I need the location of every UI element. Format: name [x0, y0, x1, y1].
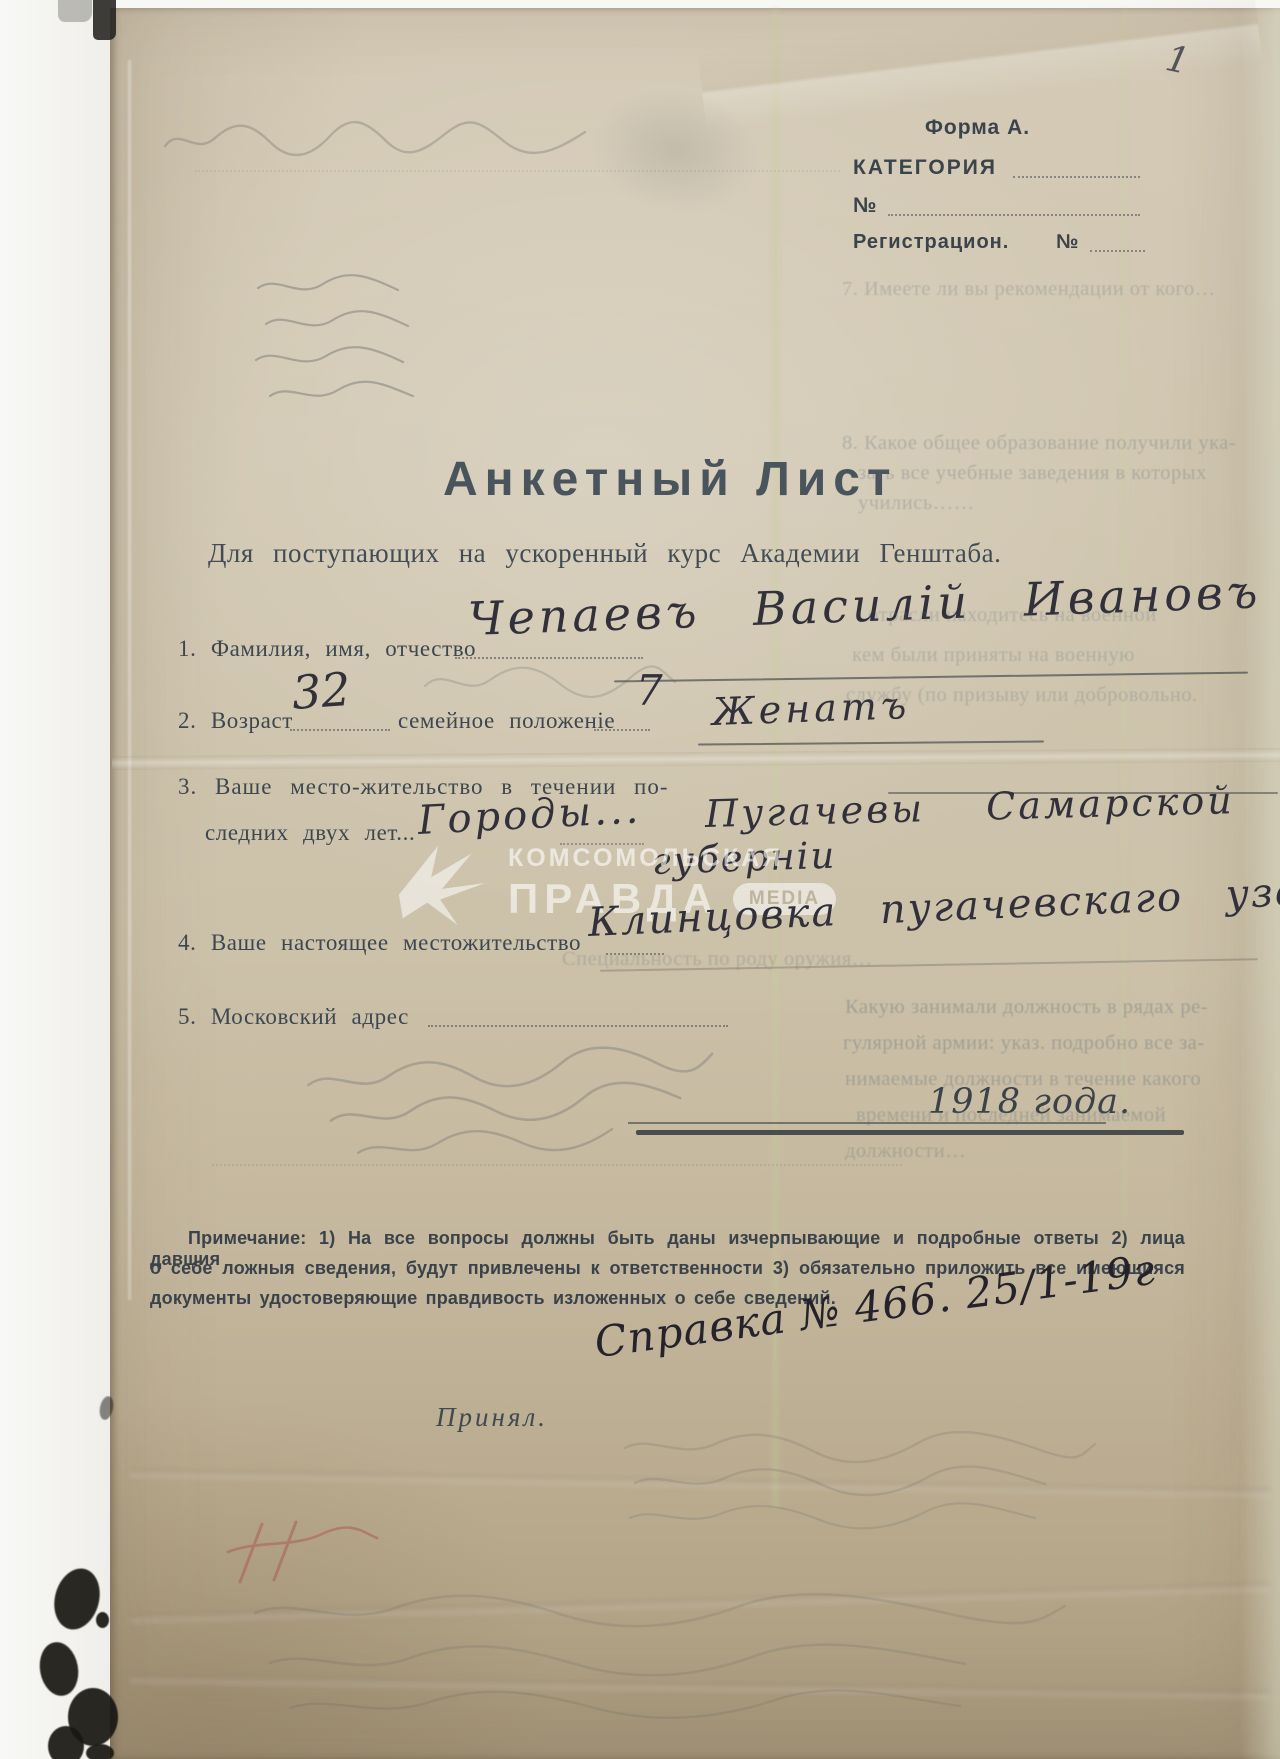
ink-blob — [86, 1744, 114, 1759]
field-5-text: Московский адрес — [211, 1004, 409, 1029]
pencil-scribble — [420, 656, 680, 706]
bleed-text: отрасли находитесь на военной — [868, 604, 1157, 627]
registration-label: Регистрацион. — [853, 231, 1009, 254]
bleed-scribble — [620, 1428, 1100, 1548]
scanned-document-photo: 1 Форма А. КАТЕГОРИЯ № Регистрацион. № А… — [0, 0, 1280, 1759]
bleed-text: нимаемые должности в течение какого — [845, 1068, 1201, 1091]
field-4-label: 4. Ваше настоящее местожительство — [178, 930, 581, 956]
bleed-text: службу (по призыву или добровольно. — [846, 684, 1198, 707]
field-2-number: 2. — [178, 708, 196, 733]
bleed-text: зать все учебные заведения в которых — [858, 462, 1207, 485]
field-5-dotted-line — [428, 1025, 728, 1027]
document-title: Анкетный Лист — [443, 452, 897, 507]
bleed-text: гулярной армии: указ. подробно все за- — [843, 1032, 1205, 1055]
pencil-scribble — [160, 108, 590, 168]
bleed-text: Специальность по роду оружия… — [562, 948, 873, 971]
accepted-label: Принял. — [436, 1402, 548, 1433]
field-3-label-line2: следних двух лет... — [205, 820, 415, 846]
bleed-text: 8. Какое общее образование получили ука- — [842, 432, 1236, 455]
bleed-text: Какую занимали должность в рядах ре- — [845, 996, 1208, 1019]
field-2-family-label: семейное положеніе — [398, 708, 615, 734]
scan-corner-mark — [93, 0, 116, 40]
handwritten-age: 32 — [290, 662, 352, 720]
field-2-age-dotted-line — [290, 729, 390, 731]
number-label: № — [853, 194, 876, 218]
field-1-number: 1. — [178, 636, 196, 661]
field-3-number: 3. — [178, 774, 197, 799]
field-5-number: 5. — [178, 1004, 196, 1029]
field-4-number: 4. — [178, 930, 196, 955]
field-2-family-dotted-line — [594, 729, 650, 731]
form-a-label: Форма А. — [925, 116, 1030, 140]
scan-margin — [0, 0, 112, 1759]
kp-bird-icon — [392, 834, 492, 932]
document-subtitle: Для поступающих на ускоренный курс Акаде… — [208, 538, 1001, 569]
field-2-age-text: Возраст — [211, 708, 293, 733]
bleed-text: должности… — [845, 1140, 966, 1163]
fold-highlight — [128, 60, 131, 1300]
field-4-text: Ваше настоящее местожительство — [211, 930, 581, 955]
ink-blob — [96, 1612, 109, 1628]
bleed-scribble — [250, 1588, 1070, 1728]
registration-number-label: № — [1056, 231, 1078, 254]
bleed-text: кем были приняты на военную — [852, 644, 1135, 667]
ink-blob — [48, 1726, 84, 1759]
number-dotted-line — [888, 214, 1140, 216]
bleed-text: 7. Имеете ли вы рекомендации от кого… — [842, 278, 1216, 301]
registration-dotted-line — [1090, 250, 1145, 252]
field-2-age-label: 2. Возраст — [178, 708, 293, 734]
faint-dotted-line — [195, 170, 840, 172]
pencil-scribble — [248, 268, 428, 418]
kp-watermark-line1: КОМСОМОЛЬСКАЯ — [508, 844, 836, 873]
category-dotted-line — [1013, 176, 1140, 178]
category-label: КАТЕГОРИЯ — [853, 156, 997, 180]
bleed-text: времени и последней занимаемой — [856, 1104, 1166, 1127]
note-line-1: Примечание: 1) На все вопросы должны быт… — [150, 1228, 1185, 1258]
red-pencil-mark — [222, 1516, 382, 1591]
scan-corner-shadow — [58, 0, 92, 22]
field-5-label: 5. Московский адрес — [178, 1004, 409, 1030]
bleed-text: учились…… — [858, 492, 975, 515]
